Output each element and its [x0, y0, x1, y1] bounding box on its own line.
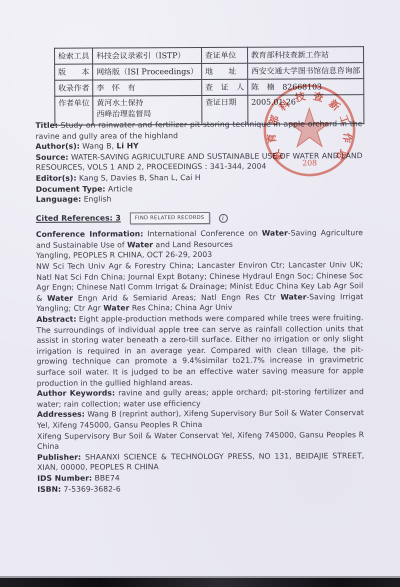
scanner-edge [0, 576, 400, 587]
cited-references-label: Cited References: [36, 213, 113, 222]
cited-references-count: 3 [115, 213, 120, 222]
verifier-label: 查 证 人 [202, 79, 248, 95]
address-value: 西安交通大学图书馆信息咨询部 [248, 63, 364, 80]
verification-info-table: 检索工具 科技会议录索引（ISTP） 查证单位 教育部科技查新工作站 版 本 网… [54, 46, 364, 126]
retrieval-tool-value: 科技会议录索引（ISTP） [93, 47, 202, 64]
row-retrieval-tool: 检索工具 科技会议录索引（ISTP） 查证单位 教育部科技查新工作站 [55, 47, 364, 65]
cited-references-row: Cited References: 3 FIND RELATED RECORDS… [36, 211, 363, 225]
field-conference-information: Conference Information: International Co… [36, 228, 363, 251]
info-icon[interactable]: i [218, 213, 227, 222]
find-related-records-button[interactable]: FIND RELATED RECORDS [130, 212, 210, 225]
address-label: 地 址 [202, 63, 248, 79]
row-version: 版 本 网络版（ISI Proceedings） 地 址 西安交通大学图书馆信息… [55, 63, 364, 81]
verify-unit-value: 教育部科技查新工作站 [247, 47, 363, 64]
field-abstract: Abstract: Eight apple-production methods… [36, 313, 363, 389]
field-publisher: Publisher: SHAANXI SCIENCE & TECHNOLOGY … [37, 451, 364, 474]
field-author-keywords: Author Keywords: ravine and gully areas;… [37, 387, 364, 410]
indexed-author-value: 李 怀 有 [93, 79, 202, 96]
record-body: Title: Study on rainwater and fertilizer… [35, 119, 364, 495]
field-source: Source: WATER-SAVING AGRICULTURE AND SUS… [36, 151, 363, 174]
field-isbn: ISBN: 7-5369-3682-6 [37, 483, 364, 495]
field-language: Language: English [36, 193, 363, 205]
indexed-author-label: 收录作者 [55, 80, 93, 96]
field-conference-sponsors: NW Sci Tech Univ Agr & Forestry China; L… [36, 260, 363, 315]
field-addresses-1: Addresses: Wang B (reprint author), Xife… [37, 408, 364, 431]
version-value: 网络版（ISI Proceedings） [93, 63, 202, 80]
version-label: 版 本 [55, 64, 93, 80]
cited-references-link[interactable]: Cited References: 3 [36, 213, 121, 224]
verifier-value: 陈 楠 82668103 [248, 79, 364, 96]
verify-unit-label: 查证单位 [201, 47, 247, 63]
retrieval-tool-label: 检索工具 [55, 48, 93, 64]
field-addresses-2: Xifeng Supervisory Bur Soil & Water Cons… [37, 430, 364, 453]
scanned-page: 检索工具 科技会议录索引（ISTP） 查证单位 教育部科技查新工作站 版 本 网… [0, 0, 400, 587]
row-indexed-author: 收录作者 李 怀 有 查 证 人 陈 楠 82668103 [55, 79, 364, 97]
field-title: Title: Study on rainwater and fertilizer… [35, 119, 362, 142]
